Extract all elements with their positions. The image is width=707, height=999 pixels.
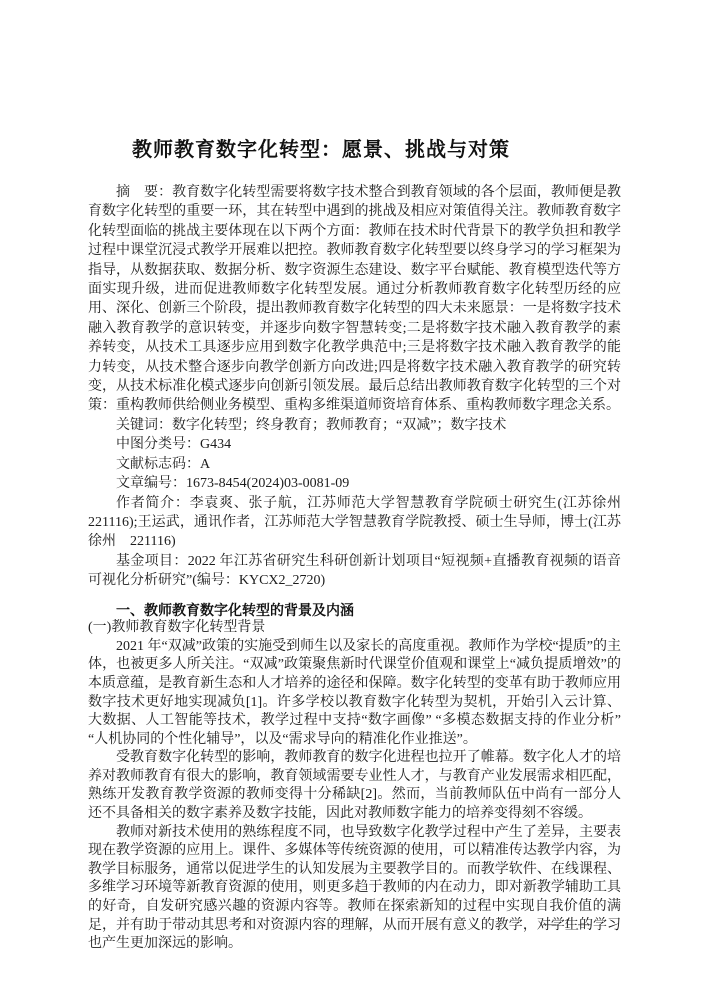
- clc-line: 中图分类号：G434: [88, 435, 621, 454]
- fund-label: 基金项目：: [116, 554, 188, 569]
- body-paragraph: 教师对新技术使用的熟练程度不同，也导致数字化教学过程中产生了差异，主要表现在教学…: [88, 824, 621, 954]
- fund-line: 基金项目：2022 年江苏省研究生科研创新计划项目“短视频+直播教育视频的语音可…: [88, 552, 621, 591]
- abstract-text: 教育数字化转型需要将数字技术整合到教育领域的各个层面，教师便是教育数字化转型的重…: [88, 185, 621, 413]
- subsection-heading: (一)教师教育数字化转型背景: [88, 619, 621, 638]
- clc-label: 中图分类号：: [116, 437, 200, 452]
- keywords-label: 关键词：: [116, 418, 172, 433]
- article-no-value: 1673-8454(2024)03-0081-09: [186, 476, 349, 491]
- document-page: 教师教育数字化转型：愿景、挑战与对策 摘 要：教育数字化转型需要将数字技术整合到…: [0, 0, 707, 999]
- abstract-label: 摘 要：: [116, 185, 172, 200]
- article-no-line: 文章编号：1673-8454(2024)03-0081-09: [88, 474, 621, 493]
- doc-code-value: A: [200, 457, 210, 472]
- author-bio-line: 作者简介：李袁爽、张子航，江苏师范大学智慧教育学院硕士研究生(江苏徐州 2211…: [88, 494, 621, 552]
- paper-title: 教师教育数字化转型：愿景、挑战与对策: [88, 137, 621, 163]
- keywords-text: 数字化转型；终身教育；教师教育；“双减”；数字技术: [172, 418, 506, 433]
- doc-code-line: 文献标志码：A: [88, 455, 621, 474]
- body-paragraph: 受教育数字化转型的影响，教师教育的数字化进程也拉开了帷幕。数字化人才的培养对教师…: [88, 749, 621, 823]
- article-no-label: 文章编号：: [116, 476, 186, 491]
- doc-code-label: 文献标志码：: [116, 457, 200, 472]
- author-bio-label: 作者简介：: [116, 496, 190, 511]
- body-paragraph: 2021 年“双减”政策的实施受到师生以及家长的高度重视。教师作为学校“提质”的…: [88, 638, 621, 750]
- keywords-line: 关键词：数字化转型；终身教育；教师教育；“双减”；数字技术: [88, 416, 621, 435]
- page-number: — 1 —: [543, 916, 594, 932]
- page-content: 教师教育数字化转型：愿景、挑战与对策 摘 要：教育数字化转型需要将数字技术整合到…: [88, 0, 621, 954]
- abstract-paragraph: 摘 要：教育数字化转型需要将数字技术整合到教育领域的各个层面，教师便是教育数字化…: [88, 183, 621, 416]
- section-heading: 一、教师教育数字化转型的背景及内涵: [88, 601, 621, 620]
- clc-value: G434: [200, 437, 231, 452]
